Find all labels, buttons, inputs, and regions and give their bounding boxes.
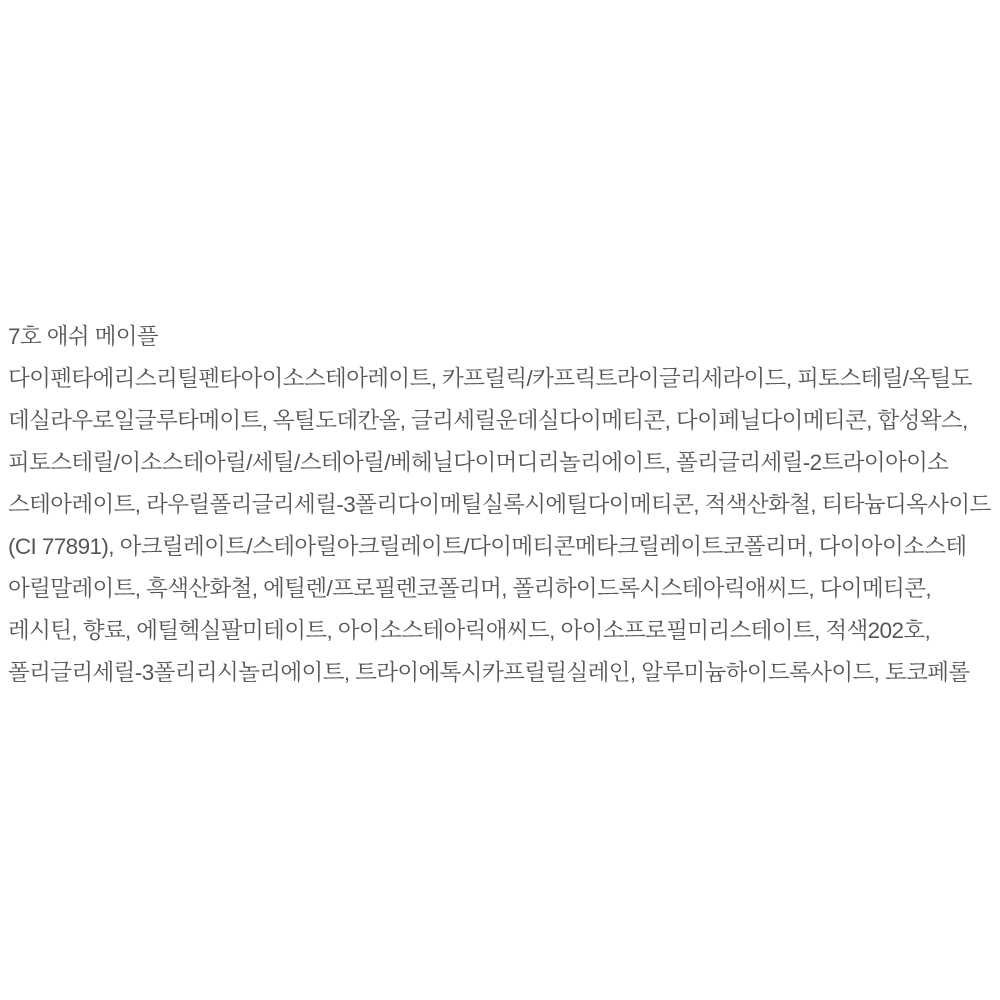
ingredients-line: 피토스테릴/이소스테아릴/세틸/스테아릴/베헤닐다이머디리놀리에이트, 폴리글리… bbox=[8, 442, 996, 484]
ingredients-line: 데실라우로일글루타메이트, 옥틸도데칸올, 글리세릴운데실다이메티콘, 다이페닐… bbox=[8, 400, 996, 442]
ingredients-line: 스테아레이트, 라우릴폴리글리세릴-3폴리다이메틸실록시에틸다이메티콘, 적색산… bbox=[8, 484, 996, 526]
ingredients-line: 다이펜타에리스리틸펜타아이소스테아레이트, 카프릴릭/카프릭트라이글리세라이드,… bbox=[8, 358, 996, 400]
shade-title: 7호 애쉬 메이플 bbox=[8, 316, 996, 358]
ingredients-line: 폴리글리세릴-3폴리리시놀리에이트, 트라이에톡시카프릴릴실레인, 알루미늄하이… bbox=[8, 652, 996, 694]
ingredients-line: 레시틴, 향료, 에틸헥실팔미테이트, 아이소스테아릭애씨드, 아이소프로필미리… bbox=[8, 610, 996, 652]
ingredients-line: 아릴말레이트, 흑색산화철, 에틸렌/프로필렌코폴리머, 폴리하이드록시스테아릭… bbox=[8, 568, 996, 610]
ingredients-line: (CI 77891), 아크릴레이트/스테아릴아크릴레이트/다이메티콘메타크릴레… bbox=[8, 526, 996, 568]
ingredient-panel: 7호 애쉬 메이플 다이펜타에리스리틸펜타아이소스테아레이트, 카프릴릭/카프릭… bbox=[0, 0, 1000, 694]
